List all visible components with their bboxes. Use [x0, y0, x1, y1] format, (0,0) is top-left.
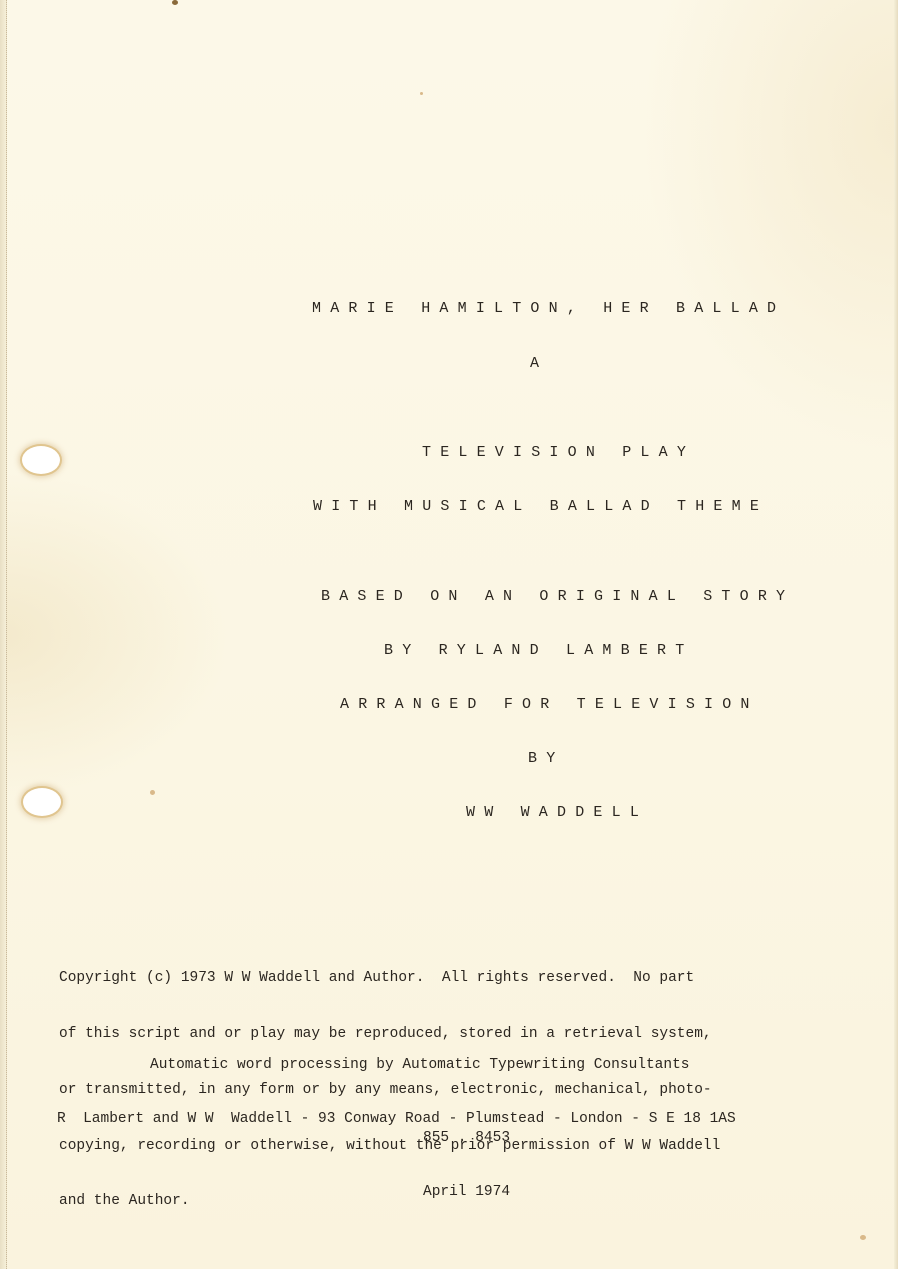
arranger-name: WW WADDELL — [466, 804, 648, 822]
play-title: MARIE HAMILTON, HER BALLAD — [312, 300, 785, 318]
paper-stain — [150, 790, 155, 795]
contact-phone: 855 . 8453 — [423, 1130, 510, 1146]
play-subtitle: WITH MUSICAL BALLAD THEME — [313, 498, 768, 516]
copyright-line: and the Author. — [59, 1192, 779, 1211]
page-left-edge — [0, 0, 7, 1269]
arranged-line: ARRANGED FOR TELEVISION — [340, 696, 759, 714]
paper-stain — [172, 0, 178, 5]
contact-address: R Lambert and W W Waddell - 93 Conway Ro… — [57, 1111, 736, 1127]
processing-note: Automatic word processing by Automatic T… — [150, 1057, 690, 1073]
title-article: A — [530, 355, 548, 373]
punch-hole-top — [22, 446, 60, 474]
play-type: TELEVISION PLAY — [422, 444, 695, 462]
copyright-line: copying, recording or otherwise, without… — [59, 1137, 779, 1156]
page-right-edge — [894, 0, 898, 1269]
punch-hole-bottom — [23, 788, 61, 816]
document-date: April 1974 — [423, 1184, 510, 1200]
paper-stain — [420, 92, 423, 95]
story-author: BY RYLAND LAMBERT — [384, 642, 693, 660]
paper-stain — [860, 1235, 866, 1240]
copyright-line: of this script and or play may be reprod… — [59, 1025, 779, 1044]
by-line: BY — [528, 750, 564, 768]
copyright-line: Copyright (c) 1973 W W Waddell and Autho… — [59, 969, 779, 988]
copyright-line: or transmitted, in any form or by any me… — [59, 1081, 779, 1100]
document-page: MARIE HAMILTON, HER BALLAD A TELEVISION … — [0, 0, 898, 1269]
copyright-notice: Copyright (c) 1973 W W Waddell and Autho… — [59, 932, 779, 1248]
based-on-line: BASED ON AN ORIGINAL STORY — [321, 588, 794, 606]
